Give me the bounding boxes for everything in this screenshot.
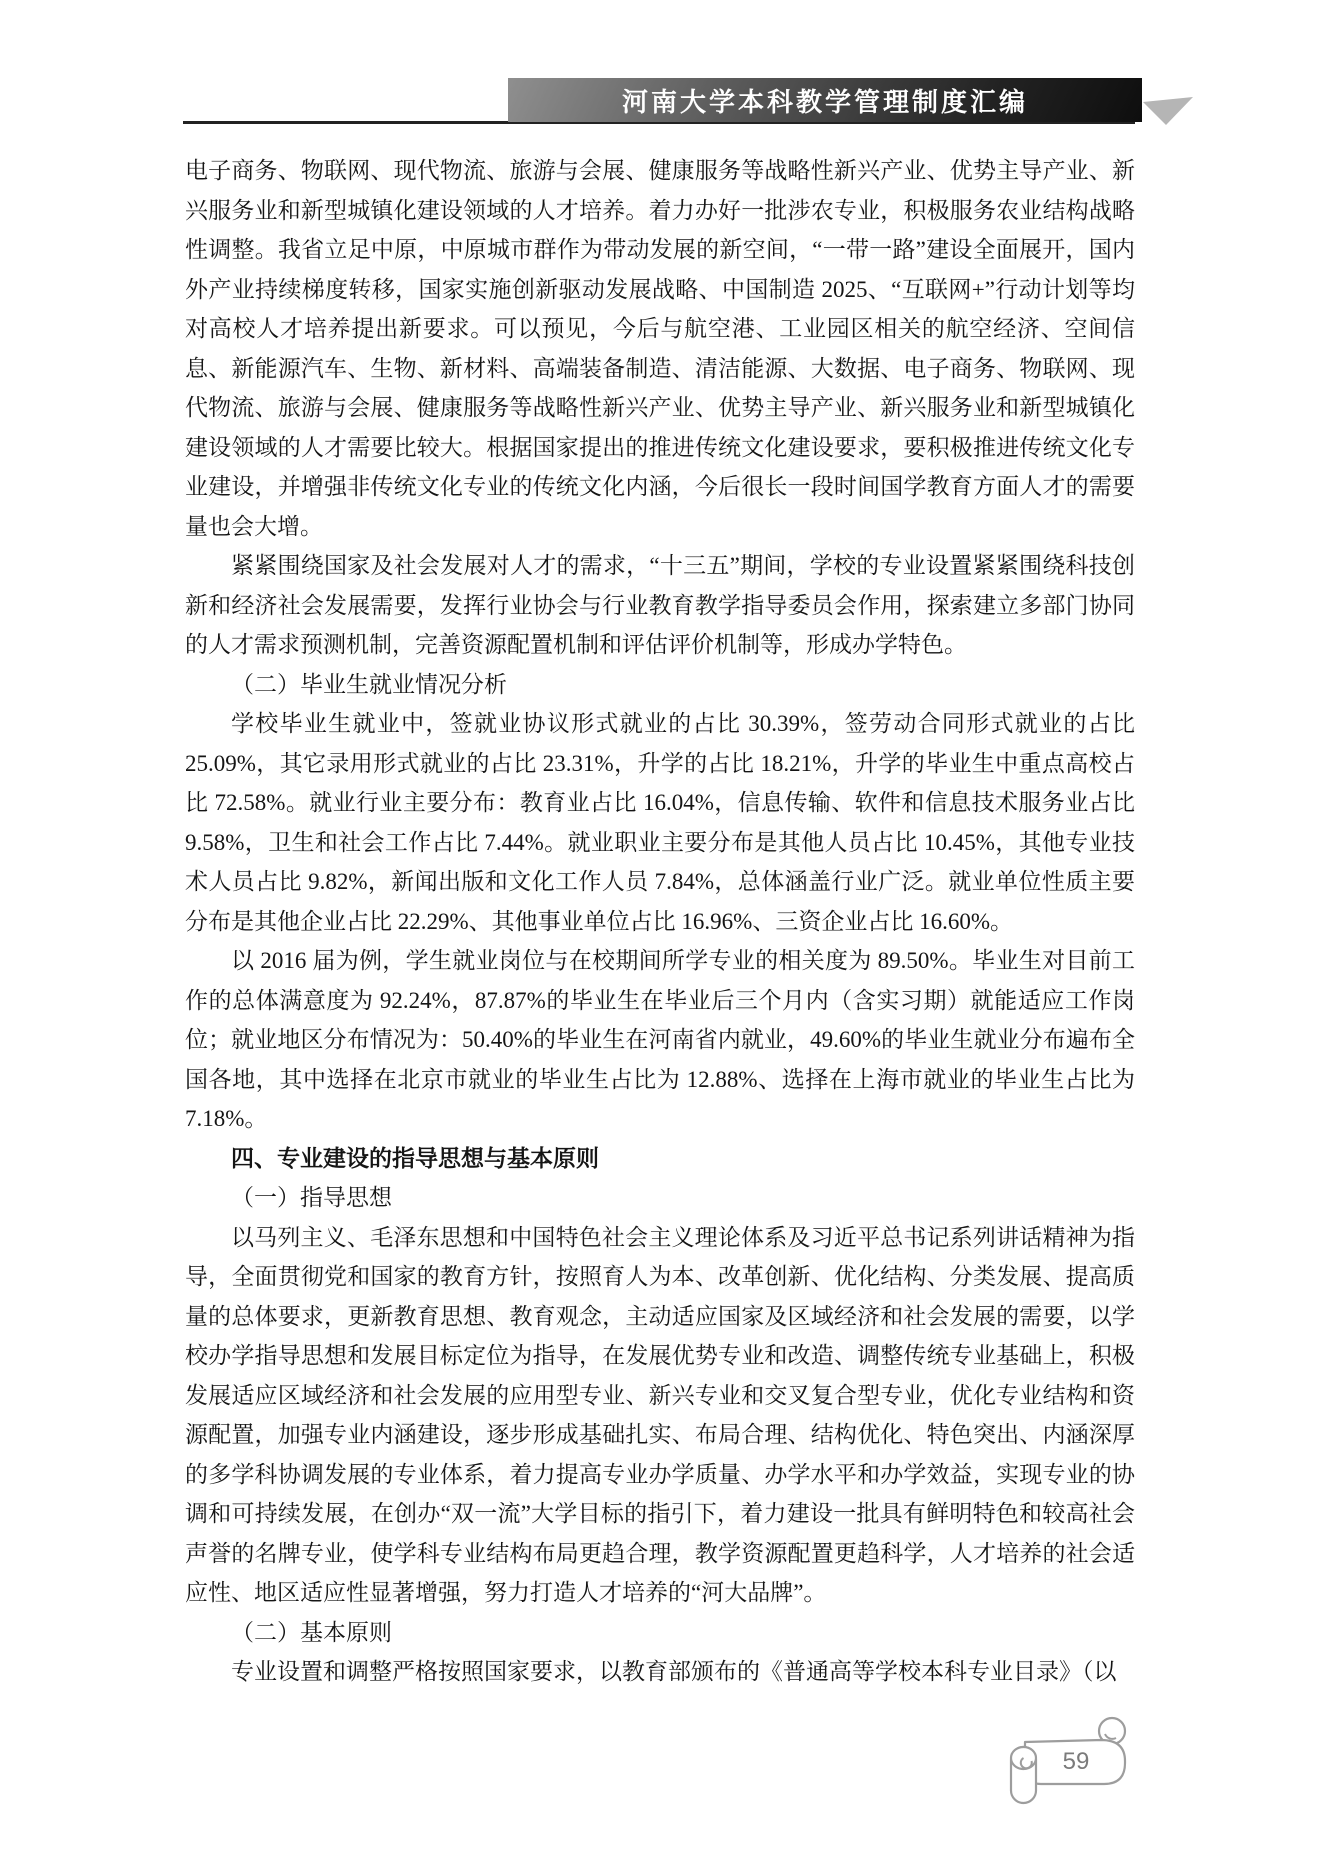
page-number: 59: [1063, 1748, 1090, 1775]
subsection-heading: （一）指导思想: [185, 1178, 1135, 1218]
page-title: 河南大学本科教学管理制度汇编: [622, 82, 1028, 119]
section-heading: 四、专业建设的指导思想与基本原则: [185, 1139, 1135, 1179]
page: { "header": { "title": "河南大学本科教学管理制度汇编",…: [0, 0, 1323, 1871]
paragraph: 以 2016 届为例，学生就业岗位与在校期间所学专业的相关度为 89.50%。毕…: [185, 941, 1135, 1139]
paragraph: 电子商务、物联网、现代物流、旅游与会展、健康服务等战略性新兴产业、优势主导产业、…: [185, 151, 1135, 546]
scroll-banner-icon: 59: [1008, 1714, 1134, 1806]
paragraph: 以马列主义、毛泽东思想和中国特色社会主义理论体系及习近平总书记系列讲话精神为指导…: [185, 1218, 1135, 1613]
header-bar: 河南大学本科教学管理制度汇编: [508, 78, 1142, 122]
paragraph: 专业设置和调整严格按照国家要求，以教育部颁布的《普通高等学校本科专业目录》（以: [185, 1652, 1135, 1692]
document-body: 电子商务、物联网、现代物流、旅游与会展、健康服务等战略性新兴产业、优势主导产业、…: [185, 151, 1135, 1692]
subsection-heading: （二）基本原则: [185, 1613, 1135, 1653]
subsection-heading: （二）毕业生就业情况分析: [185, 665, 1135, 705]
paragraph: 紧紧围绕国家及社会发展对人才的需求，“十三五”期间，学校的专业设置紧紧围绕科技创…: [185, 546, 1135, 665]
paragraph: 学校毕业生就业中，签就业协议形式就业的占比 30.39%，签劳动合同形式就业的占…: [185, 704, 1135, 941]
corner-flag-icon: [1143, 97, 1193, 125]
scroll-banner-svg: 59: [1008, 1714, 1134, 1806]
